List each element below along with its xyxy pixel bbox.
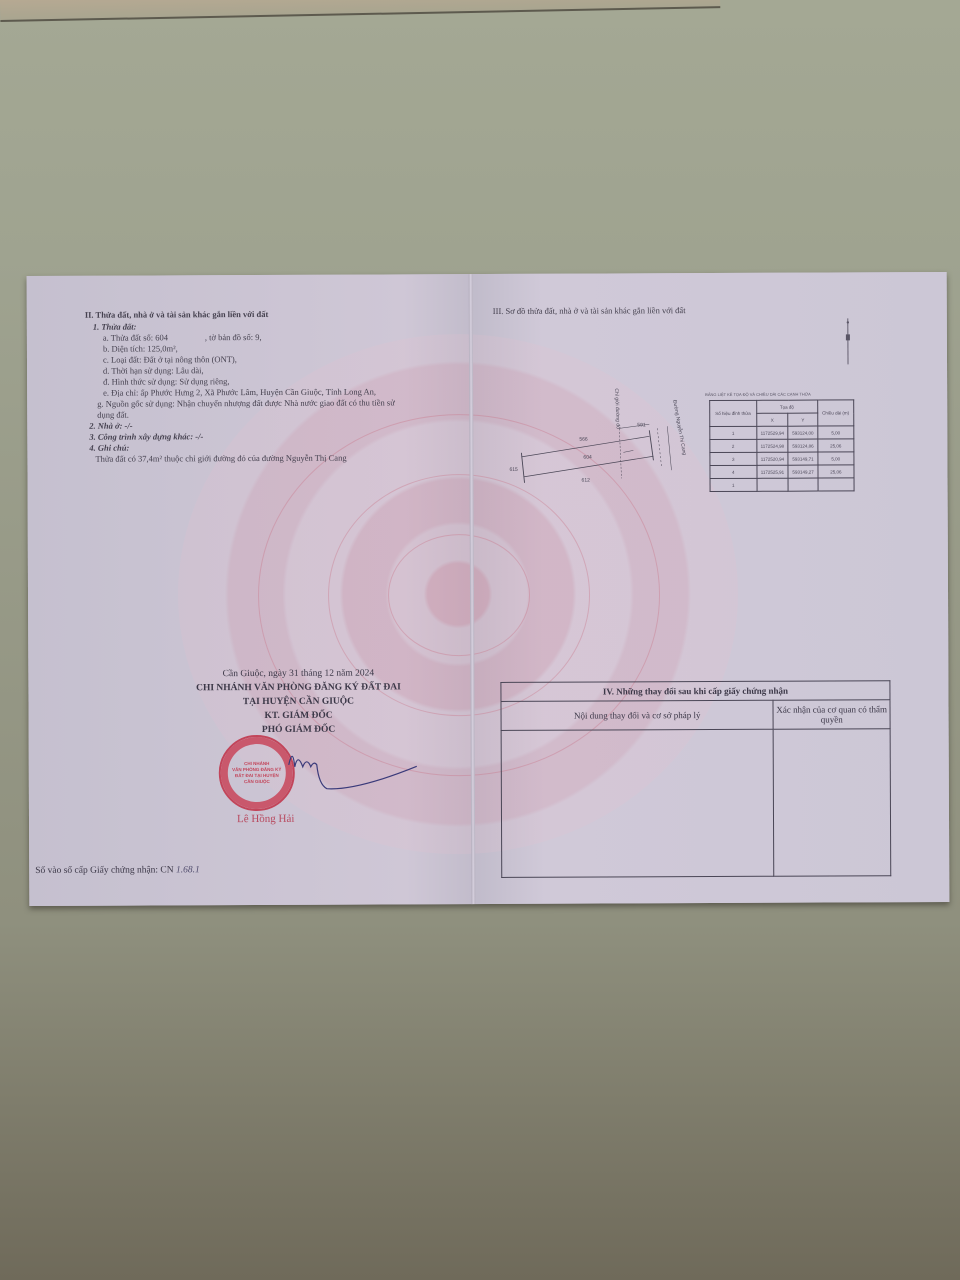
coord-cell-x: 1172524,98 (756, 439, 788, 452)
coord-cell-x: 1172525,91 (756, 465, 788, 478)
land-heading: 1. Thửa đất: (93, 322, 137, 333)
usage-term: d. Thời hạn sử dụng: Lâu dài, (103, 365, 204, 376)
north-arrow-icon (843, 316, 853, 366)
coord-cell-length: 25,06 (818, 439, 854, 452)
coord-cell-length (818, 478, 854, 491)
notes-heading: 4. Ghi chú: (89, 443, 129, 454)
coord-cell-point: 4 (710, 465, 757, 478)
registry-number: 1.68.1 (176, 865, 200, 875)
signature-scribble (269, 734, 419, 805)
coordinates-table: Số hiệu đỉnh thửa Tọa độ Chiều dài (m) X… (709, 399, 854, 492)
other-construction: 3. Công trình xây dựng khác: -/- (89, 431, 203, 442)
coord-row: 31172520,94593149,715,00 (710, 452, 854, 466)
map-sheet: , tờ bản đồ số: 9, (205, 332, 262, 343)
coord-cell-x: 1172520,94 (756, 452, 788, 465)
authority-cell (773, 729, 890, 877)
parcel-label: 604 (583, 455, 592, 461)
land-certificate: II. Thửa đất, nhà ở và tài sản khác gắn … (27, 272, 950, 906)
col-authority-confirmation: Xác nhận của cơ quan có thẩm quyền (773, 700, 890, 730)
boundary-label: Chỉ giới đường đỏ (613, 388, 622, 429)
coord-cell-point: 3 (710, 452, 757, 465)
issuing-office: CHI NHÁNH VĂN PHÒNG ĐĂNG KÝ ĐẤT ĐAI (158, 680, 438, 695)
col-length: Chiều dài (m) (817, 400, 853, 426)
coord-cell-y: 593149,71 (788, 452, 817, 465)
coord-cell-y: 593149,27 (788, 465, 817, 478)
coord-cell-length: 25,06 (818, 465, 854, 478)
changes-after-issuance-table: IV. Những thay đổi sau khi cấp giấy chứn… (500, 680, 891, 878)
coord-cell-y (788, 478, 817, 491)
issue-date: Cần Giuộc, ngày 31 tháng 12 năm 2024 (158, 666, 438, 681)
neighbor-label: 566 (579, 437, 588, 443)
coord-cell-y: 593124,00 (788, 426, 817, 439)
signature-block: Cần Giuộc, ngày 31 tháng 12 năm 2024 CHI… (158, 666, 438, 737)
registry-number-line: Số vào sổ cấp Giấy chứng nhận: CN 1.68.1 (35, 865, 200, 876)
coord-cell-point: 1 (710, 478, 757, 491)
usage-origin: g. Nguồn gốc sử dụng: Nhận chuyển nhượng… (97, 397, 395, 409)
neighbor-label: 615 (509, 467, 518, 473)
coord-cell-point: 1 (710, 426, 757, 439)
coord-cell-x (757, 478, 789, 491)
signer-role: KT. GIÁM ĐỐC (159, 708, 439, 723)
coord-cell-length: 5,00 (818, 426, 854, 439)
coord-row: 41172525,91593149,2725,06 (710, 465, 854, 479)
house-info: 2. Nhà ở: -/- (89, 421, 132, 432)
usage-origin-cont: dụng đất. (97, 410, 129, 421)
coord-cell-length: 5,00 (818, 452, 854, 465)
coord-cell-x: 1172529,94 (756, 426, 788, 439)
coord-row: 21172524,98593124,8625,06 (710, 439, 854, 453)
section-title-ii: II. Thửa đất, nhà ở và tài sản khác gắn … (85, 309, 269, 321)
parcel-number: a. Thửa đất số: 604 (103, 332, 168, 343)
usage-form: đ. Hình thức sử dụng: Sử dụng riêng, (103, 376, 229, 388)
col-change-content: Nội dung thay đổi và cơ sở pháp lý (501, 700, 773, 730)
coord-row: 11172529,94593124,005,00 (710, 426, 854, 440)
coord-table-title: BẢNG LIỆT KÊ TỌA ĐỘ VÀ CHIỀU DÀI CÁC CẠN… (705, 392, 811, 397)
issuing-office-district: TẠI HUYỆN CẦN GIUỘC (158, 694, 438, 709)
road-label: Đường Nguyễn Thị Cang (671, 399, 688, 456)
coord-cell-point: 2 (710, 439, 757, 452)
area: b. Diện tích: 125,0m², (103, 343, 178, 354)
section-title-iii: III. Sơ đồ thửa đất, nhà ở và tài sản kh… (493, 305, 686, 317)
neighbor-label: 591 (637, 422, 646, 428)
col-point: Số hiệu đỉnh thửa (710, 400, 757, 426)
changes-title: IV. Những thay đổi sau khi cấp giấy chứn… (501, 681, 890, 702)
parcel-diagram: 604 566 612 615 591 Đường Nguyễn Thị Can… (491, 388, 692, 509)
col-x: X (756, 413, 788, 426)
coord-cell-y: 593124,86 (788, 439, 817, 452)
table-edge (0, 0, 720, 22)
coord-row: 1 (710, 478, 854, 492)
registry-label: Số vào sổ cấp Giấy chứng nhận: CN (35, 865, 173, 876)
col-coords: Tọa độ (756, 400, 817, 413)
change-content-cell (501, 729, 774, 877)
neighbor-label: 612 (582, 478, 591, 484)
signer-name: Lê Hồng Hải (237, 813, 294, 825)
notes-text: Thửa đất có 37,4m² thuộc chỉ giới đường … (95, 453, 346, 465)
col-y: Y (788, 413, 817, 426)
land-type: c. Loại đất: Đất ở tại nông thôn (ONT), (103, 354, 237, 366)
